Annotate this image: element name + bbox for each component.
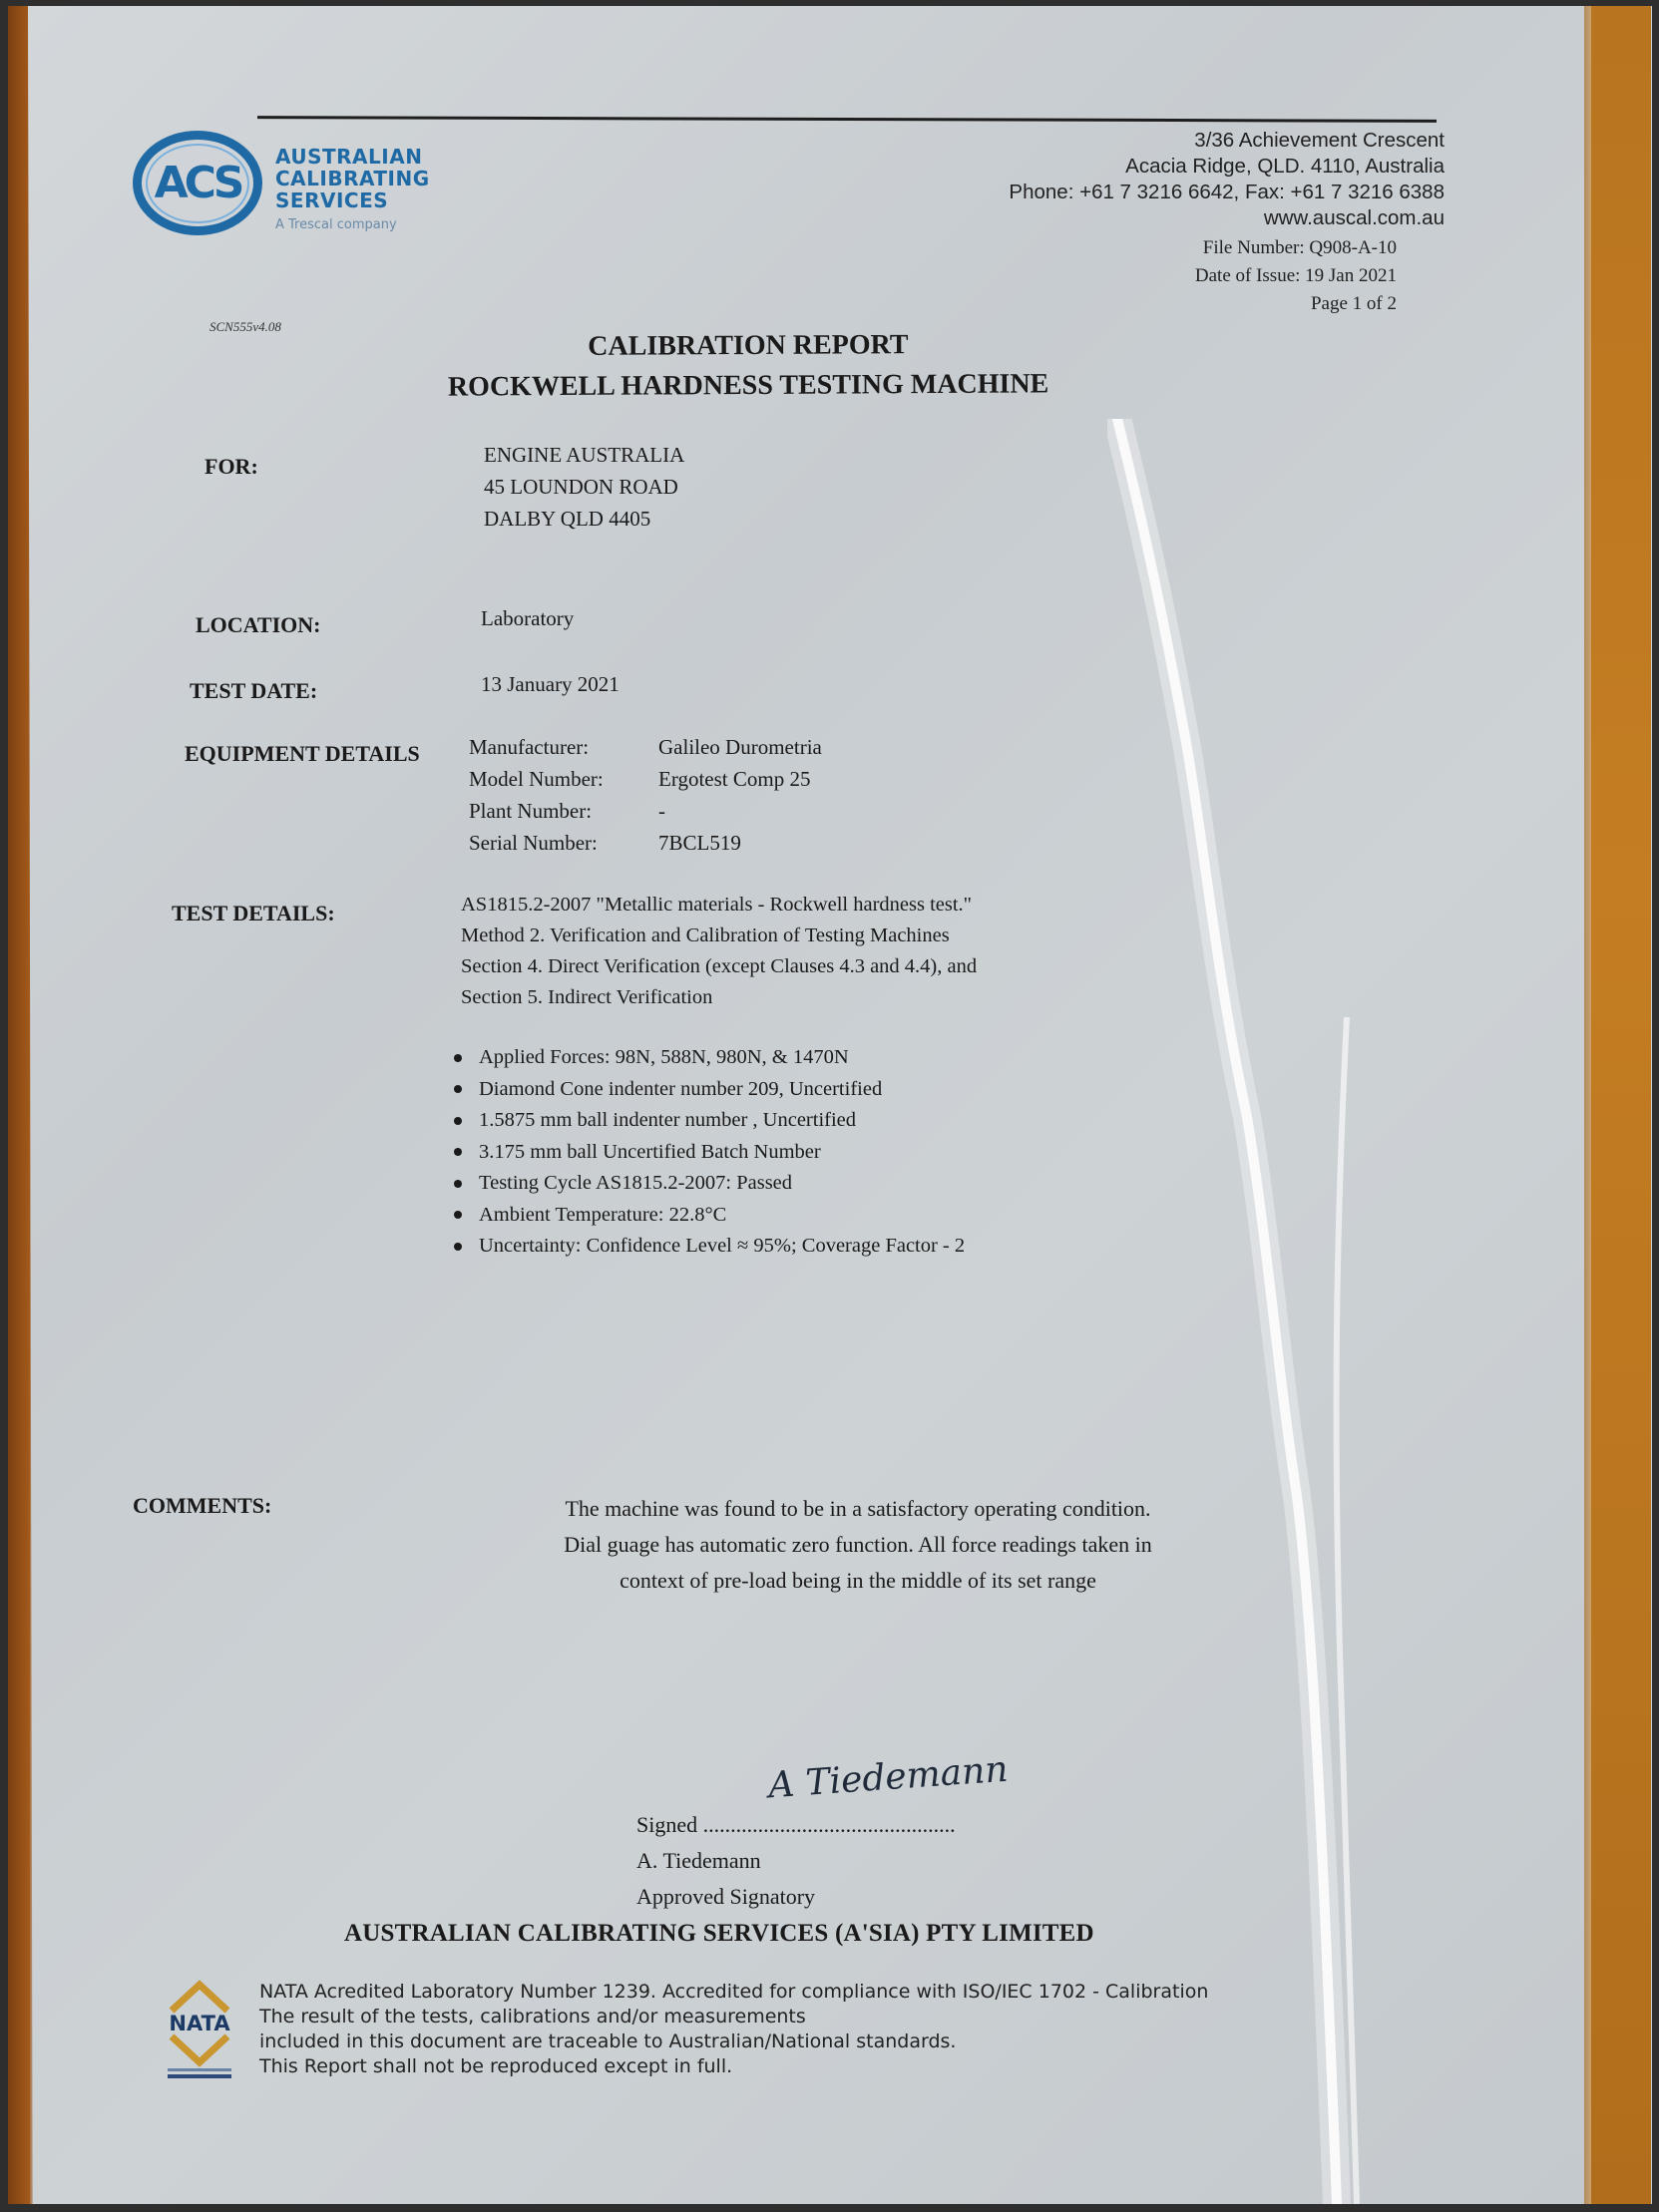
bullet-icon [454, 1180, 462, 1188]
bullet-icon [454, 1085, 462, 1093]
standard-line: AS1815.2-2007 "Metallic materials - Rock… [461, 890, 977, 921]
page-title: CALIBRATION REPORT ROCKWELL HARDNESS TES… [329, 324, 1167, 408]
test-details-label: TEST DETAILS: [172, 901, 335, 926]
bullet-icon [454, 1211, 462, 1219]
file-number: File Number: Q908-A-10 [1127, 234, 1397, 262]
client-city: DALBY QLD 4405 [484, 503, 684, 535]
equipment-row: Serial Number:7BCL519 [469, 827, 822, 859]
date-of-issue: Date of Issue: 19 Jan 2021 [1127, 262, 1397, 290]
phone-fax: Phone: +61 7 3216 6642, Fax: +61 7 3216 … [1009, 180, 1445, 205]
nata-line: included in this document are traceable … [259, 2029, 1208, 2054]
file-info: File Number: Q908-A-10 Date of Issue: 19… [1127, 234, 1397, 318]
comments-label: COMMENTS: [133, 1493, 271, 1519]
nata-line: The result of the tests, calibrations an… [259, 2005, 1208, 2029]
nata-line: NATA Acredited Laboratory Number 1239. A… [259, 1980, 1208, 2005]
standard-line: Section 5. Indirect Verification [461, 982, 977, 1013]
logo-tagline: A Trescal company [275, 217, 397, 232]
comment-line: context of pre-load being in the middle … [459, 1563, 1257, 1599]
location-label: LOCATION: [196, 612, 321, 638]
equipment-label: EQUIPMENT DETAILS [185, 741, 420, 767]
form-code: SCN555v4.08 [209, 319, 281, 335]
location-value: Laboratory [481, 602, 574, 634]
comment-line: The machine was found to be in a satisfa… [459, 1491, 1257, 1527]
bullet-icon [454, 1054, 462, 1062]
nata-logo-icon: NATA [150, 1973, 249, 2082]
signed-line: Signed .................................… [636, 1807, 956, 1843]
bullet-icon [454, 1148, 462, 1156]
test-details-list: Applied Forces: 98N, 588N, 980N, & 1470N… [454, 1042, 965, 1263]
equipment-details: Manufacturer:Galileo Durometria Model Nu… [469, 731, 822, 859]
bullet-icon [454, 1243, 462, 1251]
address-line-1: 3/36 Achievement Crescent [1009, 128, 1445, 154]
equipment-row: Plant Number:- [469, 795, 822, 827]
list-item: Diamond Cone indenter number 209, Uncert… [454, 1074, 965, 1106]
test-standard: AS1815.2-2007 "Metallic materials - Rock… [461, 890, 977, 1013]
title-line-2: ROCKWELL HARDNESS TESTING MACHINE [329, 364, 1167, 408]
list-item: 3.175 mm ball Uncertified Batch Number [454, 1137, 965, 1169]
website: www.auscal.com.au [1009, 205, 1445, 231]
acs-monogram: ACS [146, 144, 249, 223]
company-name: AUSTRALIAN CALIBRATING SERVICES (A'SIA) … [344, 1920, 1094, 1948]
company-address: 3/36 Achievement Crescent Acacia Ridge, … [1009, 128, 1445, 231]
nata-accreditation-text: NATA Acredited Laboratory Number 1239. A… [259, 1980, 1208, 2079]
equipment-row: Manufacturer:Galileo Durometria [469, 731, 822, 763]
signature-block: Signed .................................… [636, 1807, 956, 1915]
wood-frame-left [8, 6, 30, 2204]
company-logo-text: AUSTRALIAN CALIBRATING SERVICES [275, 146, 430, 211]
nata-line: This Report shall not be reproduced exce… [259, 2054, 1208, 2079]
acs-logo-icon: ACS [133, 131, 262, 235]
logo-line-1: AUSTRALIAN [275, 146, 430, 168]
list-item: Uncertainty: Confidence Level ≈ 95%; Cov… [454, 1231, 965, 1263]
address-line-2: Acacia Ridge, QLD. 4110, Australia [1009, 154, 1445, 180]
list-item: 1.5875 mm ball indenter number , Uncerti… [454, 1105, 965, 1137]
client-name: ENGINE AUSTRALIA [484, 439, 684, 471]
logo-line-3: SERVICES [275, 189, 430, 211]
standard-line: Method 2. Verification and Calibration o… [461, 921, 977, 951]
test-date-value: 13 January 2021 [481, 668, 620, 700]
page-number: Page 1 of 2 [1127, 290, 1397, 318]
svg-text:NATA: NATA [169, 2012, 230, 2035]
logo-line-2: CALIBRATING [275, 168, 430, 189]
comments-text: The machine was found to be in a satisfa… [459, 1491, 1257, 1599]
signatory-role: Approved Signatory [636, 1879, 956, 1915]
title-line-1: CALIBRATION REPORT [329, 324, 1167, 368]
comment-line: Dial guage has automatic zero function. … [459, 1527, 1257, 1563]
list-item: Testing Cycle AS1815.2-2007: Passed [454, 1168, 965, 1200]
bullet-icon [454, 1117, 462, 1125]
client-address: ENGINE AUSTRALIA 45 LOUNDON ROAD DALBY Q… [484, 439, 684, 535]
for-label: FOR: [205, 454, 258, 480]
signatory-name: A. Tiedemann [636, 1843, 956, 1879]
list-item: Ambient Temperature: 22.8°C [454, 1200, 965, 1232]
wood-frame-right [1591, 6, 1651, 2204]
standard-line: Section 4. Direct Verification (except C… [461, 951, 977, 982]
equipment-row: Model Number:Ergotest Comp 25 [469, 763, 822, 795]
client-street: 45 LOUNDON ROAD [484, 471, 684, 503]
list-item: Applied Forces: 98N, 588N, 980N, & 1470N [454, 1042, 965, 1074]
test-date-label: TEST DATE: [190, 678, 317, 704]
